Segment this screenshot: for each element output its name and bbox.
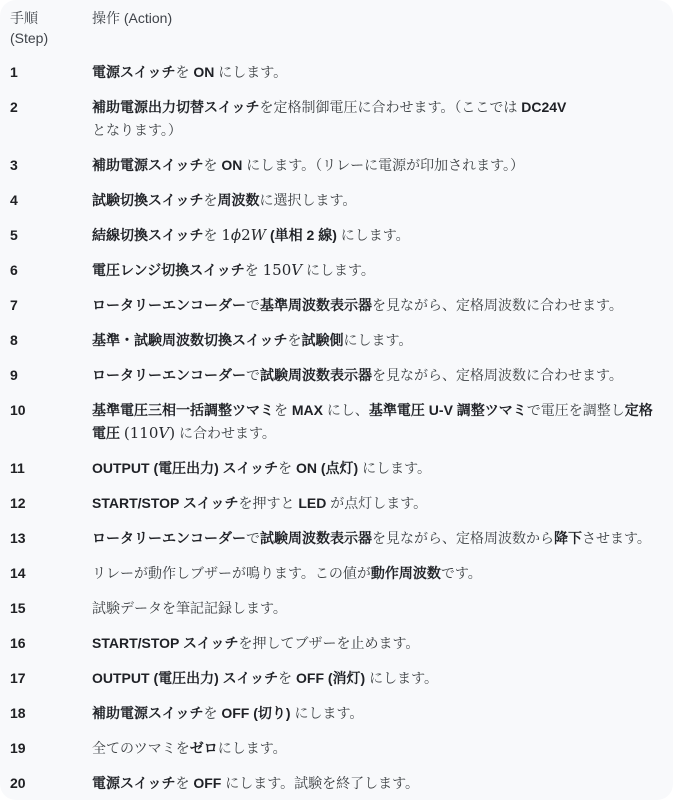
text-run: を: [278, 460, 296, 476]
step-number: 8: [10, 329, 92, 352]
text-run: に合わせます。: [175, 425, 276, 441]
text-run: にします。: [291, 705, 364, 721]
text-run: を押してブザーを止めます。: [238, 635, 419, 651]
action-text: ロータリーエンコーダーで試験周波数表示器を見ながら、定格周波数から降下させます。: [92, 527, 659, 550]
action-text: START/STOP スイッチを押すと LED が点灯します。: [92, 492, 659, 515]
procedure-card: 手順 (Step) 操作 (Action) 1 電源スイッチを ON にします。…: [0, 0, 673, 762]
action-text: 補助電源スイッチを OFF (切り) にします。: [92, 702, 659, 725]
text-run: ロータリーエンコーダー: [92, 297, 246, 313]
text-run: ゼロ: [190, 740, 218, 756]
step-column-header: 手順 (Step): [10, 8, 92, 48]
text-run: を: [203, 227, 221, 243]
step-number: 9: [10, 364, 92, 387]
text-run: 補助電源スイッチ: [92, 705, 203, 721]
text-run: を定格制御電圧に合わせます。（ここでは: [259, 99, 521, 115]
table-row: 17 OUTPUT (電圧出力) スイッチを OFF (消灯) にします。: [10, 667, 659, 690]
text-run: (110: [124, 424, 158, 442]
step-number: 12: [10, 492, 92, 515]
text-run: ロータリーエンコーダー: [92, 367, 246, 383]
table-row: 11 OUTPUT (電圧出力) スイッチを ON (点灯) にします。: [10, 457, 659, 480]
text-run: 試験周波数表示器: [260, 530, 372, 546]
table-row: 16 START/STOP スイッチを押してブザーを止めます。: [10, 632, 659, 655]
text-run: OFF (消灯): [296, 670, 365, 686]
step-number: 17: [10, 667, 92, 690]
text-run: で: [246, 530, 260, 546]
action-text: 試験データを筆記記録します。: [92, 597, 659, 620]
table-row: 3 補助電源スイッチを ON にします。（リレーに電源が印加されます。）: [10, 154, 659, 177]
text-run: 基準周波数表示器: [260, 297, 372, 313]
step-header-line2: (Step): [10, 28, 92, 48]
table-row: 18 補助電源スイッチを OFF (切り) にします。: [10, 702, 659, 725]
text-run: 電圧レンジ切換スイッチ: [92, 262, 245, 278]
step-number: 3: [10, 154, 92, 177]
text-run: にします。: [358, 460, 431, 476]
action-text: 電圧レンジ切換スイッチを 150V にします。: [92, 259, 659, 282]
step-number: 11: [10, 457, 92, 480]
action-text: ロータリーエンコーダーで基準周波数表示器を見ながら、定格周波数に合わせます。: [92, 294, 659, 317]
action-text: ロータリーエンコーダーで試験周波数表示器を見ながら、定格周波数に合わせます。: [92, 364, 659, 387]
action-text: 補助電源出力切替スイッチを定格制御電圧に合わせます。（ここでは DC24V とな…: [92, 96, 659, 142]
action-text: 電源スイッチを ON にします。: [92, 61, 659, 84]
step-number: 5: [10, 224, 92, 247]
step-header-line1: 手順: [10, 8, 92, 28]
text-run: DC24V: [521, 99, 566, 115]
text-run: 試験周波数表示器: [260, 367, 372, 383]
text-run: OFF (切り): [221, 705, 290, 721]
text-run: 電源スイッチ: [92, 64, 175, 80]
step-number: 15: [10, 597, 92, 620]
text-run: 補助電源スイッチ: [92, 157, 203, 173]
text-run: にします。: [214, 64, 287, 80]
text-run: START/STOP スイッチ: [92, 495, 238, 511]
text-run: に選択します。: [259, 192, 356, 208]
text-run: 2: [241, 226, 251, 244]
text-run: ON (点灯): [296, 460, 358, 476]
action-text: 試験切換スイッチを周波数に選択します。: [92, 189, 659, 212]
step-number: 1: [10, 61, 92, 84]
text-run: (単相 2 線): [270, 227, 337, 243]
step-number: 2: [10, 96, 92, 142]
step-number: 13: [10, 527, 92, 550]
table-row: 5 結線切換スイッチを 1ϕ2W (単相 2 線) にします。: [10, 224, 659, 247]
text-run: MAX: [292, 402, 323, 418]
text-run: 1: [221, 226, 231, 244]
text-run: を見ながら、定格周波数から: [372, 530, 554, 546]
text-run: を: [175, 64, 193, 80]
table-row: 1 電源スイッチを ON にします。: [10, 61, 659, 84]
text-run: にします。: [365, 670, 438, 686]
text-run: 試験側: [301, 332, 343, 348]
text-run: にします。: [343, 332, 412, 348]
action-text: START/STOP スイッチを押してブザーを止めます。: [92, 632, 659, 655]
text-run: を: [287, 332, 301, 348]
text-run: V: [291, 261, 302, 279]
table-row: 10 基準電圧三相一括調整ツマミを MAX にし、基準電圧 U-V 調整ツマミで…: [10, 399, 659, 445]
text-run: にし、: [323, 402, 369, 418]
text-run: させます。: [582, 530, 651, 546]
action-text: OUTPUT (電圧出力) スイッチを OFF (消灯) にします。: [92, 667, 659, 690]
text-run: 結線切換スイッチ: [92, 227, 203, 243]
text-run: 全てのツマミを: [92, 740, 190, 756]
step-number: 4: [10, 189, 92, 212]
text-run: を: [245, 262, 263, 278]
table-row: 6 電圧レンジ切換スイッチを 150V にします。: [10, 259, 659, 282]
text-run: が点灯します。: [326, 495, 427, 511]
text-run: を: [274, 402, 292, 418]
text-run: ロータリーエンコーダー: [92, 530, 246, 546]
text-run: 降下: [554, 530, 582, 546]
action-text: 補助電源スイッチを ON にします。（リレーに電源が印加されます。）: [92, 154, 659, 177]
table-row: 2 補助電源出力切替スイッチを定格制御電圧に合わせます。（ここでは DC24V …: [10, 96, 659, 142]
text-run: 周波数: [217, 192, 259, 208]
text-run: を見ながら、定格周波数に合わせます。: [372, 297, 623, 313]
table-row: 12 START/STOP スイッチを押すと LED が点灯します。: [10, 492, 659, 515]
step-number: 16: [10, 632, 92, 655]
step-number: 10: [10, 399, 92, 445]
text-run: を: [278, 670, 296, 686]
action-text: 結線切換スイッチを 1ϕ2W (単相 2 線) にします。: [92, 224, 659, 247]
text-run: にします。: [218, 740, 287, 756]
action-text: 基準電圧三相一括調整ツマミを MAX にし、基準電圧 U-V 調整ツマミで電圧を…: [92, 399, 659, 445]
table-header: 手順 (Step) 操作 (Action): [10, 8, 659, 48]
action-text: リレーが動作しブザーが鳴ります。この値が動作周波数です。: [92, 562, 659, 585]
text-run: 試験切換スイッチ: [92, 192, 203, 208]
table-row: 14 リレーが動作しブザーが鳴ります。この値が動作周波数です。: [10, 562, 659, 585]
text-run: で電圧を調整し: [527, 402, 625, 418]
table-row: 13 ロータリーエンコーダーで試験周波数表示器を見ながら、定格周波数から降下させ…: [10, 527, 659, 550]
text-run: ON: [193, 64, 214, 80]
step-number: 19: [10, 737, 92, 760]
action-text: 全てのツマミをゼロにします。: [92, 737, 659, 760]
text-run: で: [246, 297, 260, 313]
text-run: を: [203, 192, 217, 208]
text-run: です。: [441, 565, 482, 581]
text-run: を押すと: [238, 495, 298, 511]
text-run: 基準電圧 U-V 調整ツマミ: [369, 402, 527, 418]
text-run: となります。）: [92, 122, 182, 138]
text-run: 基準電圧三相一括調整ツマミ: [92, 402, 274, 418]
text-run: を見ながら、定格周波数に合わせます。: [372, 367, 623, 383]
step-number: 14: [10, 562, 92, 585]
text-run: リレーが動作しブザーが鳴ります。この値が: [92, 565, 371, 581]
action-column-header: 操作 (Action): [92, 8, 172, 48]
text-run: にします。: [302, 262, 375, 278]
text-run: ON: [221, 157, 242, 173]
action-text: OUTPUT (電圧出力) スイッチを ON (点灯) にします。: [92, 457, 659, 480]
action-text: 基準・試験周波数切換スイッチを試験側にします。: [92, 329, 659, 352]
text-run: 補助電源出力切替スイッチ: [92, 99, 259, 115]
steps-rows: 1 電源スイッチを ON にします。 2 補助電源出力切替スイッチを定格制御電圧…: [10, 61, 659, 762]
step-number: 7: [10, 294, 92, 317]
text-run: START/STOP スイッチ: [92, 635, 238, 651]
text-run: LED: [298, 495, 326, 511]
table-row: 9 ロータリーエンコーダーで試験周波数表示器を見ながら、定格周波数に合わせます。: [10, 364, 659, 387]
text-run: OUTPUT (電圧出力) スイッチ: [92, 670, 278, 686]
table-row: 7 ロータリーエンコーダーで基準周波数表示器を見ながら、定格周波数に合わせます。: [10, 294, 659, 317]
text-run: W: [251, 226, 266, 244]
text-run: を: [203, 157, 221, 173]
table-row: 4 試験切換スイッチを周波数に選択します。: [10, 189, 659, 212]
text-run: を: [203, 705, 221, 721]
table-row: 15 試験データを筆記記録します。: [10, 597, 659, 620]
text-run: 150: [263, 261, 292, 279]
text-run: 基準・試験周波数切換スイッチ: [92, 332, 287, 348]
text-run: OUTPUT (電圧出力) スイッチ: [92, 460, 278, 476]
text-run: で: [246, 367, 260, 383]
text-run: ϕ: [231, 226, 241, 244]
text-run: にします。: [337, 227, 410, 243]
step-number: 6: [10, 259, 92, 282]
text-run: にします。（リレーに電源が印加されます。）: [242, 157, 524, 173]
table-row: 19 全てのツマミをゼロにします。: [10, 737, 659, 760]
text-run: 試験データを筆記記録します。: [92, 600, 287, 616]
table-row: 8 基準・試験周波数切換スイッチを試験側にします。: [10, 329, 659, 352]
text-run: 動作周波数: [371, 565, 441, 581]
text-run: V: [158, 424, 169, 442]
step-number: 18: [10, 702, 92, 725]
